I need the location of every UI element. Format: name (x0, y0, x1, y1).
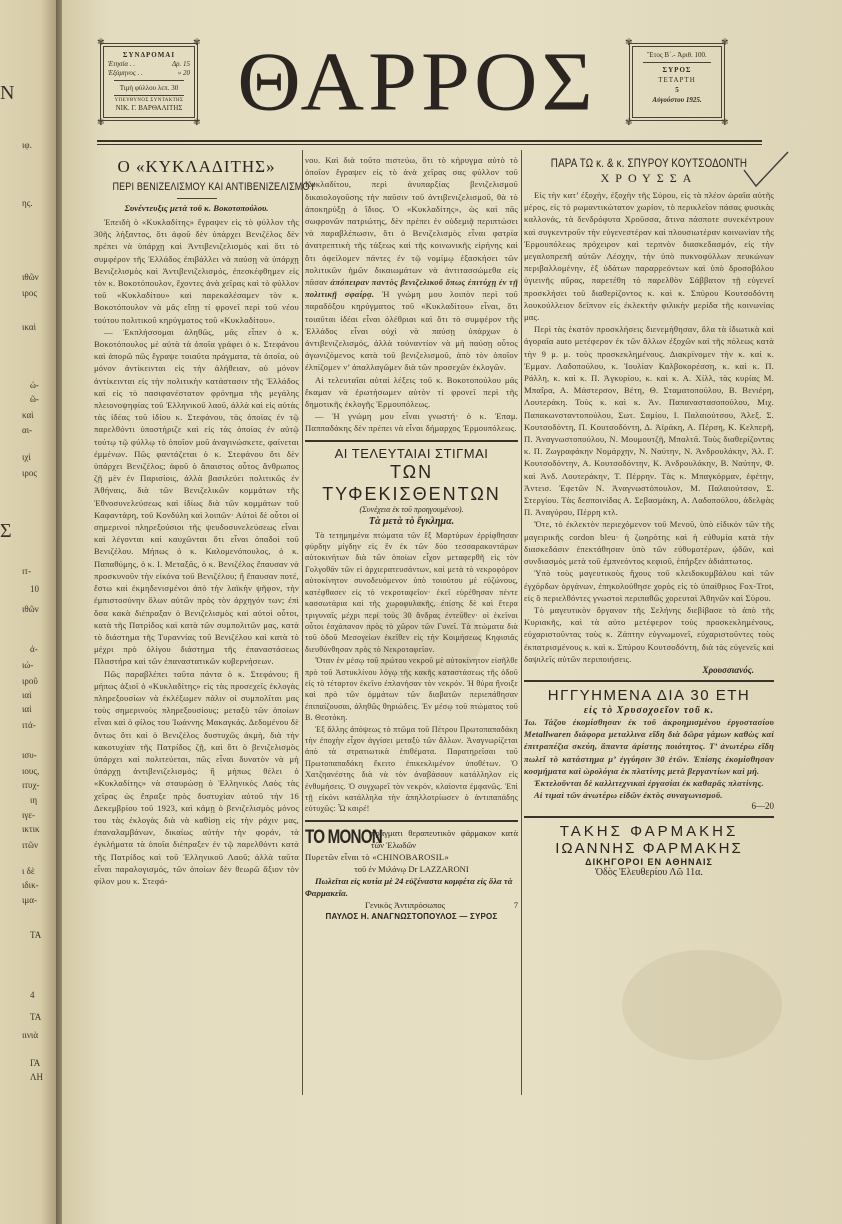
row-label: Ἐτησία . . (108, 60, 135, 69)
article-body: Τὰ τετημημένα πτώματα τῶν ἓξ Μαρτύρων ἐρ… (305, 530, 518, 815)
left-page-fragment: ης. (22, 198, 33, 208)
column-3: ΠΑΡΑ ΤΩ κ. & κ. ΣΠΥΡΟΥ ΚΟΥΤΣΟΔΟΝΤΗ ΧΡΟΥΣ… (524, 150, 774, 878)
left-page-fragment: 10 (30, 584, 39, 594)
advertisement-chinobarosil: ΤΟ ΜΟΝΟΝ πράγματι θεραπευτικὸν φάρμακον … (305, 827, 518, 923)
column-divider (521, 150, 522, 1095)
section-rule (524, 816, 774, 818)
lawyer-name: ΤΑΚΗΣ ΦΑΡΜΑΚΗΣ (524, 823, 774, 840)
article-headline: ΤΩΝ ΤΥΦΕΚΙΣΘΕΝΤΩΝ (305, 461, 518, 505)
paragraph: νου. Καὶ διὰ τοῦτο πιστεύω, ὅτι τὸ κήρυγ… (305, 154, 518, 374)
paragraph: Ὅταν ἐν μέσῳ τοῦ πρώτου νεκροῦ μὲ αὐτοκί… (305, 655, 518, 723)
left-page-fragment: Σ (0, 520, 12, 543)
left-page-fragment: ιρος (22, 468, 37, 478)
left-page-fragment: ιαὶ (22, 690, 32, 700)
left-page-fragment: ιφ. (22, 140, 32, 150)
ornament-icon: ✾ (721, 38, 729, 48)
left-page-fragment: ικτικ (22, 824, 40, 834)
left-page-fragment: ιθῶν (22, 604, 39, 614)
paragraph: Ἐκτελοῦνται δὲ καλλιτεχνικαὶ ἐργασίαι ἐκ… (524, 777, 774, 789)
paragraph: Τὰ τετημημένα πτώματα τῶν ἓξ Μαρτύρων ἐρ… (305, 530, 518, 655)
left-page-fragment: ιδικ- (22, 880, 39, 890)
newspaper-page: ✾ ✾ ✾ ✾ ΣΥΝΔΡΟΜΑΙ Ἐτησία . . Δρ. 15 Ἑξάμ… (62, 0, 842, 1224)
left-page-fragment: ΤΑ (30, 1012, 41, 1022)
left-page-fragment: ι δὲ (22, 866, 35, 876)
row-value: » 20 (178, 69, 190, 78)
ornament-icon: ✾ (97, 118, 105, 128)
ad-maker: τοῦ ἐν Μιλάνῳ Dr LAZZARONI (305, 863, 518, 875)
left-page-fragment: ιινιὰ (22, 1030, 38, 1040)
ornament-icon: ✾ (625, 118, 633, 128)
left-page-fragment: ισυ- (22, 750, 37, 760)
text-run: νου. Καὶ διὰ τοῦτο πιστεύω, ὅτι τὸ κήρυγ… (305, 155, 518, 287)
section-rule (305, 440, 518, 442)
ad-agent-row: Γενικὸς Ἀντιπρόσωπος 7 (305, 899, 518, 911)
paragraph: — Ἡ γνώμη μου εἶναι γνωστή· ὁ κ. Ἐπαμ. Π… (305, 410, 518, 434)
left-page-fragment: ΓΑ (30, 1058, 40, 1068)
left-page-fragment: ιροῦ (22, 676, 38, 686)
left-page-fragment: ικαὶ (22, 322, 36, 332)
left-page-fragment: ώ- (30, 380, 39, 390)
article-headline: Ο «ΚΥΚΛΑΔΙΤΗΣ» (94, 156, 299, 178)
left-page-fragment: καὶ (22, 410, 34, 420)
ad-sale-info: Πωλεῖται εἰς κυτία μὲ 24 εὐζέναστα κομφέ… (305, 875, 518, 899)
checkmark-icon (742, 150, 790, 190)
left-page-fragment: ά- (30, 644, 38, 654)
article-subheadline: ΠΕΡΙ ΒΕΝΙΖΕΛΙΣΜΟΥ ΚΑΙ ΑΝΤΙΒΕΝΙΖΕΛΙΣΜΟΥ (112, 180, 280, 194)
left-page-fragment: αι- (22, 425, 32, 435)
left-page-fragment: ΛΗ (30, 1072, 43, 1082)
left-page-fragment: 4 (30, 990, 35, 1000)
left-page-fragment: ῶ- (30, 394, 39, 404)
column-1: Ο «ΚΥΚΛΑΔΙΤΗΣ» ΠΕΡΙ ΒΕΝΙΖΕΛΙΣΜΟΥ ΚΑΙ ΑΝΤ… (94, 150, 299, 887)
newspaper-title: ΘΑΡΡΟΣ (207, 38, 627, 127)
paragraph: — Ἐκπλήσσομαι ἀληθῶς, μᾶς εἶπεν ὁ κ. Βοκ… (94, 326, 299, 668)
lawyer-address: Ὁδὸς Ἐλευθερίου Λῶ 11α. (524, 867, 774, 878)
paragraph: Ὑπὸ τοὺς μαγευτικοὺς ἤχους τοῦ κλειδοκυμ… (524, 567, 774, 604)
article-continuation: νου. Καὶ διὰ τοῦτο πιστεύω, ὅτι τὸ κήρυγ… (305, 154, 518, 435)
ad-text: πράγματι θεραπευτικὸν φάρμακον κατὰ τῶν … (371, 827, 518, 851)
left-page-fragment: N (0, 82, 14, 105)
left-page-fragment: ιτῶν (22, 840, 38, 850)
article-headline: ΠΑΡΑ ΤΩ κ. & κ. ΣΠΥΡΟΥ ΚΟΥΤΣΟΔΟΝΤΗ (547, 156, 752, 170)
divider (114, 80, 184, 81)
left-page-fragment: ιχὶ (22, 452, 31, 462)
left-page-fragment: ιμα- (22, 895, 37, 905)
continuation-note: (Συνέχεια ἐκ τοῦ προηγουμένου). (305, 505, 518, 514)
article-headline: ΑΙ ΤΕΛΕΥΤΑΙΑΙ ΣΤΙΓΜΑΙ (305, 447, 518, 461)
ad-big-text: ΤΟ ΜΟΝΟΝ (305, 827, 355, 849)
paragraph: Ἰω. Τάζου ἐκομίσθησαν ἐκ τοῦ ἀκροημισμέν… (524, 716, 774, 777)
ad-header: ΤΟ ΜΟΝΟΝ πράγματι θεραπευτικὸν φάρμακον … (305, 827, 518, 851)
ad-headline: ΗΓΓΥΗΜΕΝΑ ΔΙΑ 30 ΕΤΗ (524, 687, 774, 705)
left-page-fragment: ιτυχ- (22, 780, 40, 790)
left-page-fragment: ιαὶ (22, 704, 32, 714)
subscription-row-annual: Ἐτησία . . Δρ. 15 (108, 60, 190, 69)
masthead-rule (97, 140, 762, 142)
paragraph: Τὸ μαγευτικὸν ὄργανον τῆς Σελήνης διεβίβ… (524, 604, 774, 665)
divider (643, 62, 711, 63)
paragraph: Αἱ τελευταῖαι αὐταὶ λέξεις τοῦ κ. Βοκοτο… (305, 374, 518, 411)
paragraph: Περὶ τὰς ἑκατὸν προσκλήσεις διενεμήθησαν… (524, 323, 774, 518)
issue-day: 5 (637, 85, 717, 95)
left-page-fragment: ιρος (22, 288, 37, 298)
left-page-fragment: ιώ- (22, 660, 33, 670)
text-run: Ἡ γνώμη μου λοιπὸν περὶ τοῦ παραδόξου κη… (305, 289, 518, 372)
article-subheadline: ΧΡΟΥΣΣΑ (524, 170, 774, 186)
column-divider (302, 150, 303, 1095)
left-page-fragment: ιτά- (22, 720, 36, 730)
ad-agent-label: Γενικὸς Ἀντιπρόσωπος (365, 899, 445, 911)
ornament-icon: ✾ (193, 118, 201, 128)
ornament-icon: ✾ (721, 118, 729, 128)
subscription-heading: ΣΥΝΔΡΟΜΑΙ (108, 50, 190, 60)
ad-number: 6—20 (524, 801, 774, 811)
ad-body: Ἰω. Τάζου ἐκομίσθησαν ἐκ τοῦ ἀκροημισμέν… (524, 716, 774, 801)
paragraph: Πῶς παραβλέπει ταῦτα πάντα ὁ κ. Στεφάνου… (94, 668, 299, 888)
paper-stain (622, 950, 782, 1060)
article-kicker: Συνέντευξις μετὰ τοῦ κ. Βοκοτοπούλου. (94, 203, 299, 213)
divider (114, 95, 184, 96)
paragraph: Ὅτε, τὸ ἐκλεκτὸν περιεχόμενον τοῦ Μενοῦ,… (524, 518, 774, 567)
ad-product: Πυρετῶν εἶναι τὸ «CHINOBAROSIL» (305, 851, 518, 863)
column-2: νου. Καὶ διὰ τοῦτο πιστεύω, ὅτι τὸ κήρυγ… (305, 150, 518, 923)
ad-agent-name: ΠΑΥΛΟΣ Η. ΑΝΑΓΝΩΣΤΟΠΟΥΛΟΣ — ΣΥΡΟΣ (305, 911, 518, 923)
row-label: Ἑξάμηνος . . (108, 69, 143, 78)
issue-month-year: Αὐγούστου 1925. (637, 95, 717, 105)
masthead-rule (97, 144, 762, 145)
left-page-fragment: ΤΑ (30, 930, 41, 940)
issue-number: Ἔτος Β΄.- Ἀριθ. 100. (637, 50, 717, 60)
left-page-fragment: ιη (30, 795, 37, 805)
section-rule (524, 680, 774, 682)
article-subhead: Τὰ μετὰ τὸ ἔγκλημα. (305, 516, 518, 527)
article-signature: Χρουσσιανός. (524, 665, 774, 675)
paragraph: Ἐπειδὴ ὁ «Κυκλαδίτης» ἔγραψεν εἰς τὸ φύλ… (94, 216, 299, 326)
subscription-box: ΣΥΝΔΡΟΜΑΙ Ἐτησία . . Δρ. 15 Ἑξάμηνος . .… (103, 46, 195, 118)
subscription-row-semester: Ἑξάμηνος . . » 20 (108, 69, 190, 78)
editor-name: ΝΙΚ. Γ. ΒΑΡΘΑΛΙΤΗΣ (108, 103, 190, 113)
lawyer-name: ΙΩΑΝΝΗΣ ΦΑΡΜΑΚΗΣ (524, 840, 774, 857)
left-facing-page: Nιφ.ης.ιθῶνιροςικαὶώ-ῶ-καὶαι-ιχὶιροςΣιτ-… (0, 0, 58, 1224)
issue-weekday: ΤΕΤΑΡΤΗ (637, 75, 717, 85)
masthead: ✾ ✾ ✾ ✾ ΣΥΝΔΡΟΜΑΙ Ἐτησία . . Δρ. 15 Ἑξάμ… (97, 38, 757, 132)
ad-subhead: εἰς τὸ Χρυσοχοεῖον τοῦ κ. (524, 705, 774, 716)
issue-price: Τιμὴ φύλλου λεπ. 30 (108, 83, 190, 93)
section-rule (305, 820, 518, 822)
left-page-fragment: ιτ- (22, 566, 31, 576)
left-page-fragment: ιθῶν (22, 272, 39, 282)
lawyer-title: ΔΙΚΗΓΟΡΟΙ ΕΝ ΑΘΗΝΑΙΣ (524, 857, 774, 867)
row-value: Δρ. 15 (172, 60, 190, 69)
issue-place: ΣΥΡΟΣ (637, 65, 717, 75)
divider (177, 198, 217, 199)
article-body: Εἰς τὴν κατ’ ἐξοχὴν, ἐξοχὴν τῆς Σύρου, ε… (524, 189, 774, 665)
paragraph: Αἱ τιμαὶ τῶν ἀνωτέρω εἰδῶν ἐκτὸς συναγων… (524, 789, 774, 801)
issue-info-box: Ἔτος Β΄.- Ἀριθ. 100. ΣΥΡΟΣ ΤΕΤΑΡΤΗ 5 Αὐγ… (632, 46, 722, 118)
ad-number: 7 (514, 899, 518, 911)
article-body: Ἐπειδὴ ὁ «Κυκλαδίτης» ἔγραψεν εἰς τὸ φύλ… (94, 216, 299, 887)
paragraph: Ἐξ ἄλλης ἀπόψεως τὸ πτῶμα τοῦ Πέτρου Πρω… (305, 724, 518, 815)
paragraph: Εἰς τὴν κατ’ ἐξοχὴν, ἐξοχὴν τῆς Σύρου, ε… (524, 189, 774, 323)
left-page-fragment: ιους, (22, 766, 39, 776)
left-page-fragment: ιγε- (22, 810, 35, 820)
